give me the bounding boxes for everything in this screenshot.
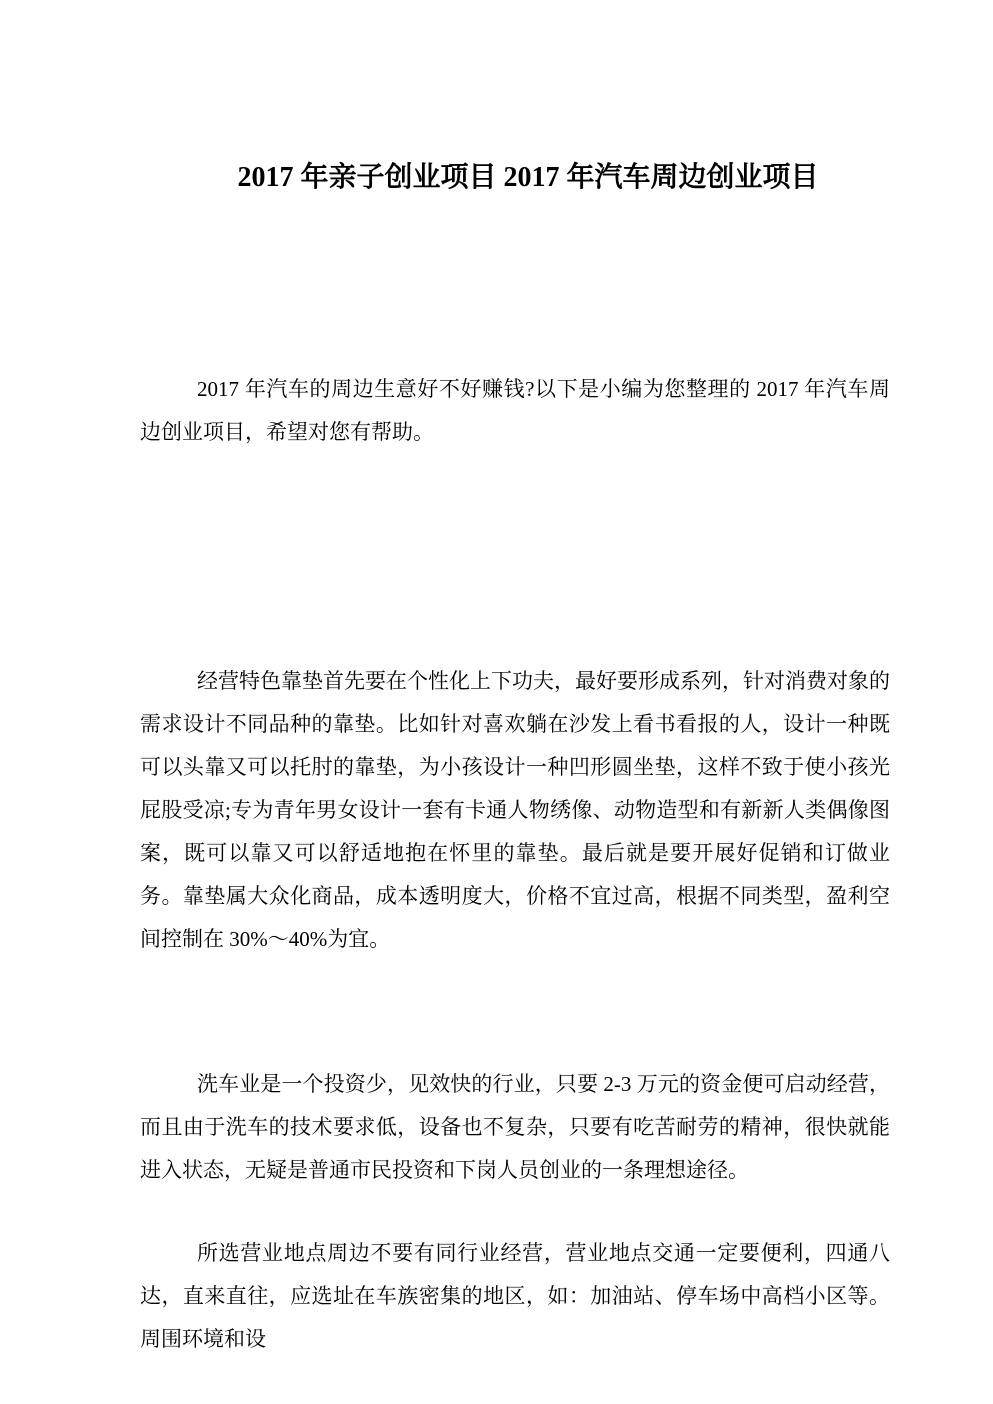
document-page: 2017 年亲子创业项目 2017 年汽车周边创业项目 2017 年汽车的周边生…	[0, 0, 993, 1404]
paragraph-intro: 2017 年汽车的周边生意好不好赚钱?以下是小编为您整理的 2017 年汽车周边…	[140, 368, 890, 454]
document-title: 2017 年亲子创业项目 2017 年汽车周边创业项目	[140, 160, 890, 196]
paragraph-cushion-business: 经营特色靠垫首先要在个性化上下功夫，最好要形成系列，针对消费对象的需求设计不同品…	[140, 660, 890, 961]
paragraph-location-selection: 所选营业地点周边不要有同行业经营，营业地点交通一定要便利，四通八达，直来直往，应…	[140, 1232, 890, 1361]
paragraph-car-wash-business: 洗车业是一个投资少，见效快的行业，只要 2-3 万元的资金便可启动经营，而且由于…	[140, 1063, 890, 1192]
